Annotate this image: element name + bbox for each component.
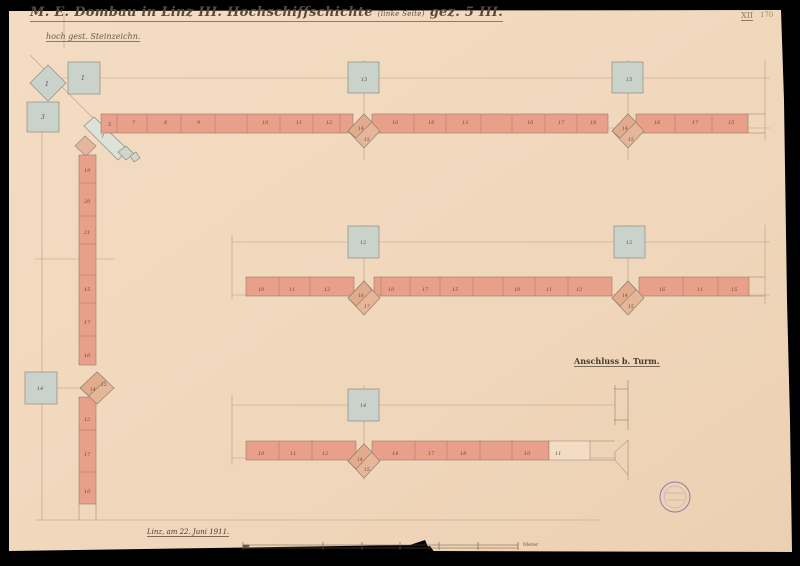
svg-text:18: 18 [428, 120, 434, 126]
svg-text:15: 15 [364, 137, 370, 143]
svg-text:10: 10 [262, 120, 269, 126]
svg-text:17: 17 [422, 287, 429, 293]
sheet-number: XII [741, 11, 753, 21]
svg-text:11: 11 [296, 120, 302, 126]
svg-text:10: 10 [258, 287, 265, 293]
left-column-pillar-label: 14 [37, 386, 43, 392]
svg-text:16: 16 [358, 293, 364, 299]
svg-text:12: 12 [626, 240, 632, 246]
svg-text:3: 3 [41, 114, 45, 121]
svg-text:10: 10 [514, 287, 521, 293]
svg-text:16: 16 [527, 120, 534, 126]
svg-text:10: 10 [524, 451, 531, 457]
svg-text:16: 16 [654, 120, 661, 126]
plan-drawing-svg: 1 1 3 7 [0, 0, 800, 566]
svg-text:17: 17 [84, 452, 91, 458]
svg-text:14: 14 [358, 126, 364, 132]
svg-text:17: 17 [84, 320, 91, 326]
svg-text:17: 17 [692, 120, 699, 126]
svg-text:1: 1 [45, 81, 49, 88]
svg-text:12: 12 [576, 287, 582, 293]
svg-text:15: 15 [84, 287, 90, 293]
svg-text:14: 14 [622, 293, 628, 299]
svg-text:10: 10 [258, 451, 265, 457]
svg-text:15: 15 [628, 304, 634, 310]
svg-text:1: 1 [81, 75, 85, 82]
svg-text:11: 11 [290, 451, 296, 457]
svg-text:11: 11 [546, 287, 552, 293]
svg-text:14: 14 [357, 457, 363, 463]
svg-text:12: 12 [84, 417, 90, 423]
svg-text:15: 15 [101, 382, 107, 388]
svg-text:15: 15 [364, 467, 370, 473]
drawing-title: M. E. Dombau in Linz III. Hochschiffschi… [30, 5, 503, 22]
svg-text:14: 14 [392, 451, 398, 457]
tower-connection-label: Anschluss b. Turm. [574, 356, 660, 367]
scale-unit-label: Meter [523, 542, 538, 548]
svg-text:21: 21 [83, 230, 90, 236]
svg-text:15: 15 [731, 287, 737, 293]
drawing-subtitle: hoch gest. Steinzeichn. [46, 32, 140, 42]
svg-text:16: 16 [392, 120, 399, 126]
left-column-blocks [79, 155, 96, 520]
svg-text:11: 11 [697, 287, 703, 293]
svg-text:17: 17 [428, 451, 435, 457]
svg-text:20: 20 [83, 199, 91, 205]
place-and-date: Linz, am 22. Juni 1911. [147, 528, 229, 537]
svg-text:15: 15 [452, 287, 458, 293]
svg-text:12: 12 [322, 451, 328, 457]
svg-text:11: 11 [555, 451, 561, 457]
svg-text:10: 10 [84, 489, 91, 495]
svg-text:5: 5 [108, 122, 111, 128]
svg-text:17: 17 [364, 304, 370, 310]
svg-text:15: 15 [626, 77, 632, 83]
svg-text:16: 16 [659, 287, 666, 293]
svg-text:12: 12 [324, 287, 330, 293]
sheet-number-secondary: 170 [760, 11, 773, 19]
svg-text:16: 16 [84, 353, 91, 359]
svg-text:10: 10 [388, 287, 395, 293]
svg-text:14: 14 [622, 126, 628, 132]
svg-text:12: 12 [326, 120, 332, 126]
svg-text:13: 13 [462, 120, 468, 126]
svg-text:15: 15 [628, 137, 634, 143]
svg-text:15: 15 [728, 120, 734, 126]
svg-text:12: 12 [360, 240, 366, 246]
svg-text:14: 14 [90, 387, 96, 393]
svg-text:11: 11 [289, 287, 295, 293]
svg-text:15: 15 [361, 77, 367, 83]
svg-text:19: 19 [84, 168, 91, 174]
svg-text:18: 18 [590, 120, 596, 126]
bottom-row-pillar-label: 14 [360, 403, 366, 409]
svg-text:17: 17 [558, 120, 565, 126]
svg-text:18: 18 [460, 451, 466, 457]
scanned-drawing: 1 1 3 7 [0, 0, 800, 566]
svg-text:8: 8 [164, 120, 167, 126]
